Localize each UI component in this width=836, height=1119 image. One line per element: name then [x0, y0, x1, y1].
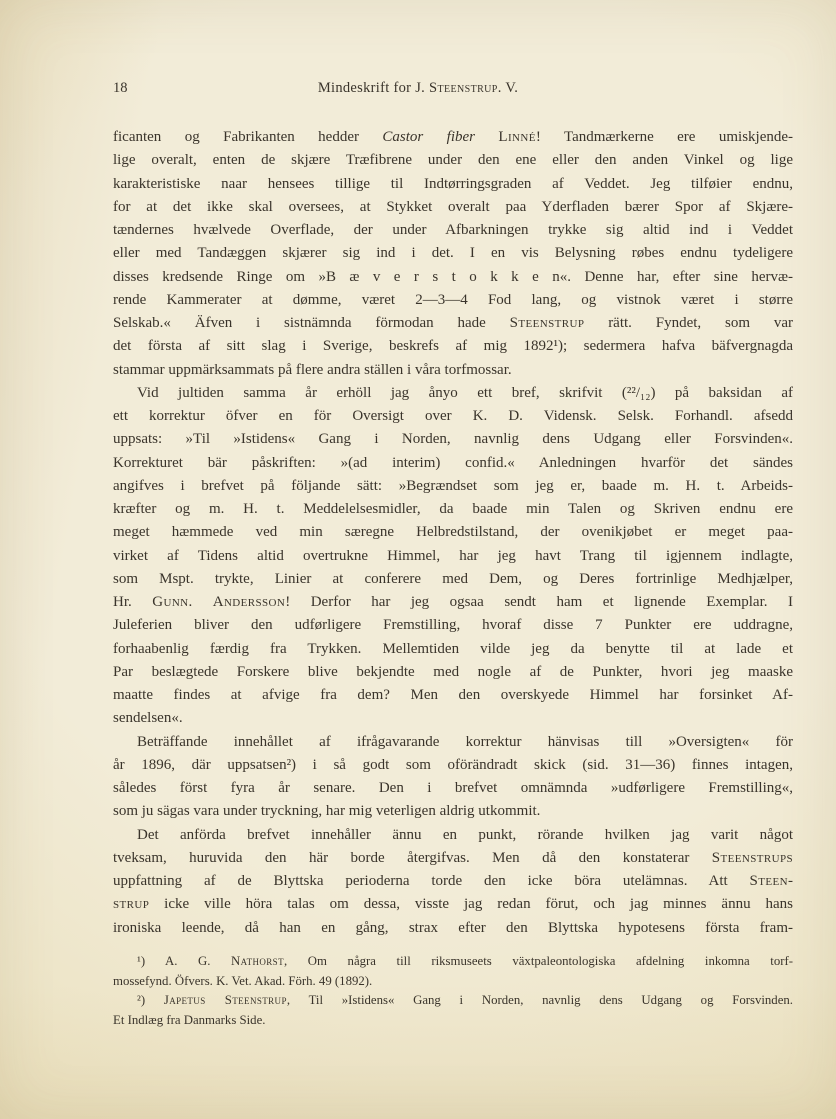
footnote-line: Et Indlæg fra Danmarks Side.	[113, 1011, 793, 1031]
text-line: år 1896, där uppsatsen²) i så godt som o…	[113, 754, 793, 777]
paragraph: ficanten og Fabrikanten hedder Castor fi…	[113, 126, 793, 382]
text-line: ironiska leende, då han en gång, strax e…	[113, 917, 793, 940]
text-line: Hr. Gunn. Andersson! Derfor har jeg ogsa…	[113, 591, 793, 614]
paragraph: Vid jultiden samma år erhöll jag ånyo et…	[113, 382, 793, 731]
small-caps-name: Nathorst	[231, 954, 284, 968]
text-line: som ju sägas vara under tryckning, har m…	[113, 800, 793, 823]
text-line: karakteristiske naar hensees tillige til…	[113, 173, 793, 196]
text-line: eller med Tandæggen skjærer sig ind i de…	[113, 242, 793, 265]
text-line: tændernes hvælvede Overflade, der under …	[113, 219, 793, 242]
body-text: ficanten og Fabrikanten hedder Castor fi…	[113, 126, 793, 940]
paragraph: Det anförda brefvet innehåller ännu en p…	[113, 824, 793, 940]
text-line: lige overalt, enten de skjære Træfibrene…	[113, 149, 793, 172]
text-line: rende Kammerater at dømme, været 2—3—4 F…	[113, 289, 793, 312]
text-line: angifves i brefvet på följande sätt: »Be…	[113, 475, 793, 498]
text-line: uppfattning af de Blyttska perioderna to…	[113, 870, 793, 893]
footnote-line: mossefynd. Öfvers. K. Vet. Akad. Förh. 4…	[113, 972, 793, 992]
text-line: kræfter og m. H. t. Meddelelsesmidler, d…	[113, 498, 793, 521]
text-line: tveksam, huruvida den här borde återgifv…	[113, 847, 793, 870]
text-line: Det anförda brefvet innehåller ännu en p…	[113, 824, 793, 847]
text-line: disses kredsende Ringe om »B æ v e r s t…	[113, 266, 793, 289]
text-line: virket af Tidens altid overtrukne Himmel…	[113, 545, 793, 568]
text-line: således först fyra år senare. Den i bref…	[113, 777, 793, 800]
small-caps-name: Steenstrups	[712, 850, 793, 866]
text-line: stammar uppmärksammats på flere andra st…	[113, 359, 793, 382]
small-caps-name: Japetus Steenstrup	[164, 993, 287, 1007]
italic-text: Castor fiber	[382, 129, 475, 145]
text-line: maatte findes at afvige fra dem? Men den…	[113, 684, 793, 707]
footnotes: ¹) A. G. Nathorst, Om några till riksmus…	[113, 952, 793, 1030]
footnote-line: ²) Japetus Steenstrup, Til »Istidens« Ga…	[113, 991, 793, 1011]
text-line: ficanten og Fabrikanten hedder Castor fi…	[113, 126, 793, 149]
text-line: sendelsen«.	[113, 707, 793, 730]
text-line: Vid jultiden samma år erhöll jag ånyo et…	[113, 382, 793, 405]
running-title: Mindeskrift for J. Steenstrup. V.	[0, 80, 836, 97]
page-header: 18 Mindeskrift for J. Steenstrup. V.	[113, 80, 793, 102]
text-line: Korrekturet bär påskriften: »(ad interim…	[113, 452, 793, 475]
footnote-line: ¹) A. G. Nathorst, Om några till riksmus…	[113, 952, 793, 972]
small-caps-name: Steenstrup	[510, 315, 585, 331]
text-line: strup icke ville höra talas om dessa, vi…	[113, 893, 793, 916]
small-caps-name: Steen	[750, 873, 788, 889]
text-line: Juleferien bliver den udførligere Fremst…	[113, 614, 793, 637]
footnote: ¹) A. G. Nathorst, Om några till riksmus…	[113, 952, 793, 991]
text-line: ett korrektur öfver en för Oversigt over…	[113, 405, 793, 428]
paragraph: Beträffande innehållet af ifrågavarande …	[113, 731, 793, 824]
text-line: Selskab.« Äfven i sistnämnda förmodan ha…	[113, 312, 793, 335]
small-caps-name: Steenstrup	[429, 80, 498, 96]
footnote: ²) Japetus Steenstrup, Til »Istidens« Ga…	[113, 991, 793, 1030]
text-line: Beträffande innehållet af ifrågavarande …	[113, 731, 793, 754]
text-line: som Mspt. trykte, Linier at conferere me…	[113, 568, 793, 591]
text-line: det första af sitt slag i Sverige, beskr…	[113, 335, 793, 358]
text-line: meget hæmmede ved min særegne Helbredsti…	[113, 521, 793, 544]
text-line: Par beslægtede Forskere blive bekjendte …	[113, 661, 793, 684]
text-line: for at det ikke skal oversees, at Stykke…	[113, 196, 793, 219]
text-line: uppsats: »Til »Istidens« Gang i Norden, …	[113, 428, 793, 451]
book-page: 18 Mindeskrift for J. Steenstrup. V. fic…	[0, 0, 836, 1119]
text-line: forhaabenlig færdig fra Trykken. Mellemt…	[113, 638, 793, 661]
small-caps-name: Gunn. Andersson	[152, 594, 285, 610]
small-caps-name: Linné	[498, 129, 535, 145]
small-caps-name: strup	[113, 896, 149, 912]
